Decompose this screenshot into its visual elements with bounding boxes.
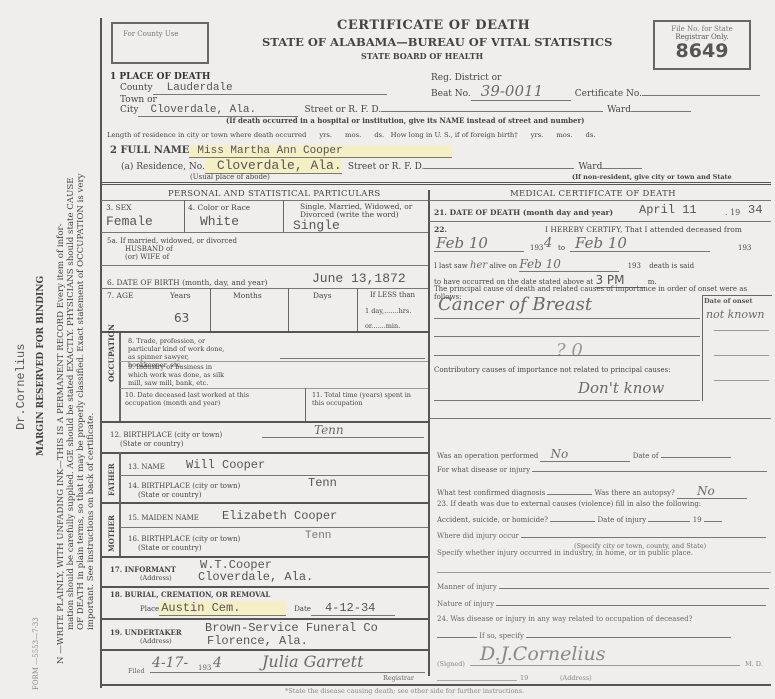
operation-date-field xyxy=(661,457,731,458)
vline xyxy=(283,200,284,232)
where-field xyxy=(521,537,766,538)
marital-value: Single xyxy=(293,218,340,233)
margin-form-number: FORM —5553—7-33 xyxy=(32,617,40,690)
last-saw-pronoun: her xyxy=(470,260,487,271)
hours-label: 1 day,.......hrs. xyxy=(365,307,411,315)
signed-label: (Signed) xyxy=(437,660,465,668)
marital-label: Single, Married, Widowed, or Divorced (w… xyxy=(300,203,424,219)
alive-on-label: alive on xyxy=(489,262,517,270)
mother-birthplace-sub: (State or country) xyxy=(138,544,201,552)
rule xyxy=(101,649,428,651)
vline xyxy=(288,288,289,331)
injury-date-field xyxy=(648,521,690,522)
total-time-label: 11. Total time (years) spent in this occ… xyxy=(312,391,412,407)
vline xyxy=(119,502,121,556)
dob-label: 6. DATE OF BIRTH (month, day, and year) xyxy=(107,278,268,287)
rule xyxy=(434,336,700,337)
town-label-2: City xyxy=(120,105,138,115)
state-file-box: File No. for State Registrar Only. 8649 xyxy=(653,20,751,70)
undertaker-label: 19. UNDERTAKER xyxy=(110,628,182,637)
rule xyxy=(101,421,428,423)
mother-maiden-label: 15. MAIDEN NAME xyxy=(128,514,199,522)
hospital-note: (If death occurred in a hospital or inst… xyxy=(226,116,584,125)
test-row: What test confirmed diagnosis Was there … xyxy=(437,484,747,499)
spouse-label-2: HUSBAND of xyxy=(125,245,173,253)
vline xyxy=(184,200,185,232)
dod-label: 21. DATE OF DEATH (month day and year) xyxy=(434,208,613,217)
rule xyxy=(714,355,769,356)
registrar-signature: Julia Garrett xyxy=(262,652,364,671)
industry-label: 9. Industry or business in which work wa… xyxy=(128,363,228,387)
address-label: (Address) xyxy=(560,674,592,682)
rule xyxy=(714,330,769,331)
residence-street-label: Street or R. F. D. xyxy=(348,162,425,172)
from-year-prefix: 193 xyxy=(530,244,543,252)
mother-vertical-label: MOTHER xyxy=(107,515,116,552)
rule xyxy=(434,400,700,401)
nature-row: Nature of injury xyxy=(437,600,766,608)
mother-maiden-value: Elizabeth Cooper xyxy=(222,509,337,523)
onset-value: not known xyxy=(706,308,766,322)
filed-label: Filed xyxy=(128,667,145,675)
occupation-vertical-label: OCCUPATION xyxy=(107,324,116,382)
accident-field xyxy=(550,521,595,522)
rule xyxy=(434,251,524,252)
rule xyxy=(101,586,428,588)
occupation-answer-field xyxy=(437,637,477,638)
father-birthplace-label: 14. BIRTHPLACE (city or town) xyxy=(128,482,240,490)
vline xyxy=(119,333,121,421)
rule xyxy=(434,318,700,319)
nature-label: Nature of injury xyxy=(437,600,494,608)
file-number: 8649 xyxy=(655,41,749,61)
rule xyxy=(101,200,428,201)
spouse-label-3: (or) WIFE of xyxy=(125,253,169,261)
father-birthplace-sub: (State or country) xyxy=(138,491,201,499)
vline xyxy=(305,388,306,421)
manner-row: Manner of injury xyxy=(437,583,769,591)
rule xyxy=(120,475,428,476)
rule xyxy=(101,452,428,454)
injury-year-label: 19 xyxy=(693,516,702,524)
residence-ward-field xyxy=(602,168,642,169)
street-field xyxy=(381,111,603,112)
operation-label: Was an operation performed xyxy=(437,452,538,460)
section-divider xyxy=(101,182,771,185)
birthplace-value: Tenn xyxy=(314,423,344,437)
margin-instructions-1: N —WRITE PLAINLY, WITH UNFADING INK—THIS… xyxy=(56,223,66,664)
where-row: Where did injury occur xyxy=(437,532,766,540)
beat-row: Beat No.39-0011Certificate No. xyxy=(431,82,760,101)
if-so-label: If so, specify xyxy=(479,632,524,640)
burial-place-value: Austin Cem. xyxy=(159,601,286,616)
rule xyxy=(437,680,517,681)
residence-value: Cloverdale, Ala. xyxy=(205,158,342,174)
last-worked-label: 10. Date deceased last worked at this oc… xyxy=(125,391,275,407)
last-saw-label: I last saw xyxy=(434,262,468,270)
rule xyxy=(570,251,710,252)
place-of-death-label: 1 PLACE OF DEATH xyxy=(110,72,210,82)
age-label: 7. AGE xyxy=(107,291,133,300)
dod-year-prefix: . 19 xyxy=(725,208,740,217)
certify-label: I HEREBY CERTIFY, That I attended deceas… xyxy=(545,225,742,234)
vline xyxy=(357,288,358,331)
burial-place-label: Place xyxy=(140,605,159,613)
margin-instructions-2: mation should be carefully supplied. AGE… xyxy=(66,178,76,631)
dob-value: June 13,1872 xyxy=(312,271,406,286)
father-birthplace-value: Tenn xyxy=(308,476,337,490)
rule xyxy=(120,388,428,389)
accident-row: Accident, suicide, or homicide? Date of … xyxy=(437,516,722,524)
disease-label: For what disease or injury xyxy=(437,466,530,474)
last-saw-row: I last saw her alive on Feb 10 193 death… xyxy=(434,257,694,272)
birthplace-sub: (State or country) xyxy=(120,440,183,448)
less-than-label: If LESS than xyxy=(370,291,415,299)
center-divider xyxy=(428,190,430,676)
margin-instructions-3: OF DEATH in plain terms, so that it may … xyxy=(76,174,86,630)
footer-note: *State the disease causing death; see ot… xyxy=(285,687,524,695)
operation-value: No xyxy=(540,447,630,462)
accident-label: Accident, suicide, or homicide? xyxy=(437,516,548,524)
age-years-value: 63 xyxy=(174,311,189,325)
dod-year: 34 xyxy=(748,203,762,217)
county-use-box: For County Use xyxy=(111,22,209,64)
filed-year-prefix: 193 xyxy=(198,664,211,672)
rule xyxy=(120,361,428,362)
months-label: Months xyxy=(233,291,262,300)
certificate-title: CERTIFICATE OF DEATH xyxy=(337,18,530,33)
medical-section-title: MEDICAL CERTIFICATE OF DEATH xyxy=(510,189,676,199)
disease-row: For what disease or injury xyxy=(437,466,767,474)
rule xyxy=(429,418,771,419)
beat-label: Beat No. xyxy=(431,89,471,99)
rule xyxy=(101,265,428,266)
residence-label: (a) Residence, No. xyxy=(121,162,205,172)
father-name-value: Will Cooper xyxy=(186,458,265,472)
county-value: Lauderdale xyxy=(153,82,387,95)
certificate-subtitle: STATE OF ALABAMA—BUREAU OF VITAL STATIST… xyxy=(262,35,612,49)
autopsy-label: Was there an autopsy? xyxy=(595,489,675,497)
rule xyxy=(714,380,769,381)
race-value: White xyxy=(200,214,239,229)
nature-field xyxy=(496,605,766,606)
rule xyxy=(150,672,425,673)
rule xyxy=(120,527,428,528)
manner-field xyxy=(499,588,769,589)
county-label: County xyxy=(120,83,153,93)
cause-value: Cancer of Breast xyxy=(438,294,592,315)
residence-ward-label: Ward xyxy=(578,162,602,172)
informant-label: 17. INFORMANT xyxy=(110,565,176,574)
birthplace-label: 12. BIRTHPLACE (city or town) xyxy=(110,431,222,439)
ward-field xyxy=(631,111,691,112)
death-said-label: death is said xyxy=(649,262,694,270)
board-label: STATE BOARD OF HEALTH xyxy=(361,51,483,61)
contributory-value: Don't know xyxy=(578,379,664,397)
injury-year-field xyxy=(704,521,722,522)
full-name-label: 2 FULL NAME xyxy=(110,145,189,156)
race-label: 4. Color or Race xyxy=(188,203,250,212)
years-label: Years xyxy=(170,291,191,300)
undertaker-address-label: (Address) xyxy=(140,637,172,645)
operation-row: Was an operation performed No Date of xyxy=(437,447,731,462)
rule xyxy=(101,502,428,504)
rule xyxy=(101,288,428,289)
filed-year: 4 xyxy=(213,655,222,671)
rule xyxy=(437,572,771,573)
ward-label: Ward xyxy=(607,105,631,115)
onset-label: Date of onset xyxy=(704,297,753,305)
vline xyxy=(119,452,121,502)
from-year: 4 xyxy=(544,236,552,251)
margin-reserved-label: MARGIN RESERVED FOR BINDING xyxy=(36,276,46,456)
vline xyxy=(210,288,211,331)
manner-label: Manner of injury xyxy=(437,583,497,591)
rule xyxy=(429,200,771,201)
personal-section-title: PERSONAL AND STATISTICAL PARTICULARS xyxy=(168,189,381,199)
registrar-label: Registrar xyxy=(383,674,414,682)
attended-to: Feb 10 xyxy=(575,234,627,252)
rule xyxy=(280,358,425,359)
minutes-label: or.......min. xyxy=(365,322,400,330)
father-vertical-label: FATHER xyxy=(107,463,116,496)
rule xyxy=(101,331,428,333)
attended-from: Feb 10 xyxy=(436,234,488,252)
street-label: Street or R. F. D. xyxy=(304,105,381,115)
full-name-row: 2 FULL NAMEMiss Martha Ann Cooper xyxy=(110,145,452,158)
mother-birthplace-value: Tenn xyxy=(305,530,331,542)
certificate-no-label: Certificate No. xyxy=(575,89,642,99)
spouse-label-1: 5a. If married, widowed, or divorced xyxy=(107,237,237,245)
last-saw-year: 193 xyxy=(628,262,641,270)
margin-physician-name: Dr.Cornelius xyxy=(14,344,28,430)
residence-length-row: Length of residence in city or town wher… xyxy=(107,131,596,139)
father-name-label: 13. NAME xyxy=(128,463,165,471)
days-label: Days xyxy=(313,291,332,300)
to-year-prefix: 193 xyxy=(738,244,751,252)
test-label: What test confirmed diagnosis xyxy=(437,489,545,497)
burial-date-label: Date xyxy=(294,605,311,613)
to-label: to xyxy=(558,244,565,252)
disease-field xyxy=(532,471,767,472)
injury-date-label: Date of injury xyxy=(598,516,647,524)
specify-label: Specify whether injury occurred in indus… xyxy=(437,549,693,557)
informant-address: Cloverdale, Ala. xyxy=(198,570,313,584)
certificate-no-field xyxy=(642,95,760,96)
burial-label: 18. BURIAL, CREMATION, OR REMOVAL xyxy=(110,590,270,599)
cause-note: ? 0 xyxy=(556,340,583,361)
filed-date: 4-17- xyxy=(152,655,188,671)
autopsy-value: No xyxy=(677,484,747,499)
file-no-label-1: File No. for State xyxy=(655,25,749,33)
address-year: 19 xyxy=(520,674,528,682)
mother-birthplace-label: 16. BIRTHPLACE (city or town) xyxy=(128,535,240,543)
undertaker-name: Brown-Service Funeral Co xyxy=(205,621,378,635)
dod-value: April 11 xyxy=(639,203,697,217)
if-so-row: If so, specify xyxy=(437,632,731,640)
residence-street-field xyxy=(424,168,574,169)
contributory-label: Contributory causes of importance not re… xyxy=(434,366,694,374)
full-name-value: Miss Martha Ann Cooper xyxy=(189,145,452,158)
certify-number: 22. xyxy=(434,225,447,234)
informant-address-label: (Address) xyxy=(140,574,172,582)
rule xyxy=(101,232,428,233)
margin-instructions-4: important. See instructions on back of c… xyxy=(86,413,96,630)
beat-number: 39-0011 xyxy=(471,82,571,101)
county-use-label: For County Use xyxy=(113,24,207,38)
rule xyxy=(101,618,428,620)
rule xyxy=(434,355,700,356)
sex-label: 3. SEX xyxy=(106,203,132,212)
rule xyxy=(470,665,740,666)
md-label: M. D. xyxy=(745,660,763,668)
rule xyxy=(101,684,771,686)
where-label: Where did injury occur xyxy=(437,532,519,540)
undertaker-address: Florence, Ala. xyxy=(207,634,308,648)
rule xyxy=(262,437,424,438)
burial-row: PlaceAustin Cem.Date4-12-34 xyxy=(140,601,395,616)
physician-signature: D.J.Cornelius xyxy=(480,643,605,665)
nonresident-note: (If non-resident, give city or town and … xyxy=(572,173,732,181)
occupation-question: 24. Was disease or injury in any way rel… xyxy=(437,615,692,623)
residence-row: (a) Residence, No.Cloverdale, Ala.Street… xyxy=(121,158,642,174)
operation-date-label: Date of xyxy=(633,452,659,460)
county-row: CountyLauderdale xyxy=(120,82,387,95)
sex-value: Female xyxy=(106,214,153,229)
last-saw-date: Feb 10 xyxy=(519,257,619,272)
rule xyxy=(429,221,771,222)
burial-date-value: 4-12-34 xyxy=(311,601,395,616)
if-so-field xyxy=(526,637,731,638)
external-causes-label: 23. If death was due to external causes … xyxy=(437,500,701,508)
abode-note: (Usual place of abode) xyxy=(190,173,270,181)
test-field xyxy=(547,494,592,495)
